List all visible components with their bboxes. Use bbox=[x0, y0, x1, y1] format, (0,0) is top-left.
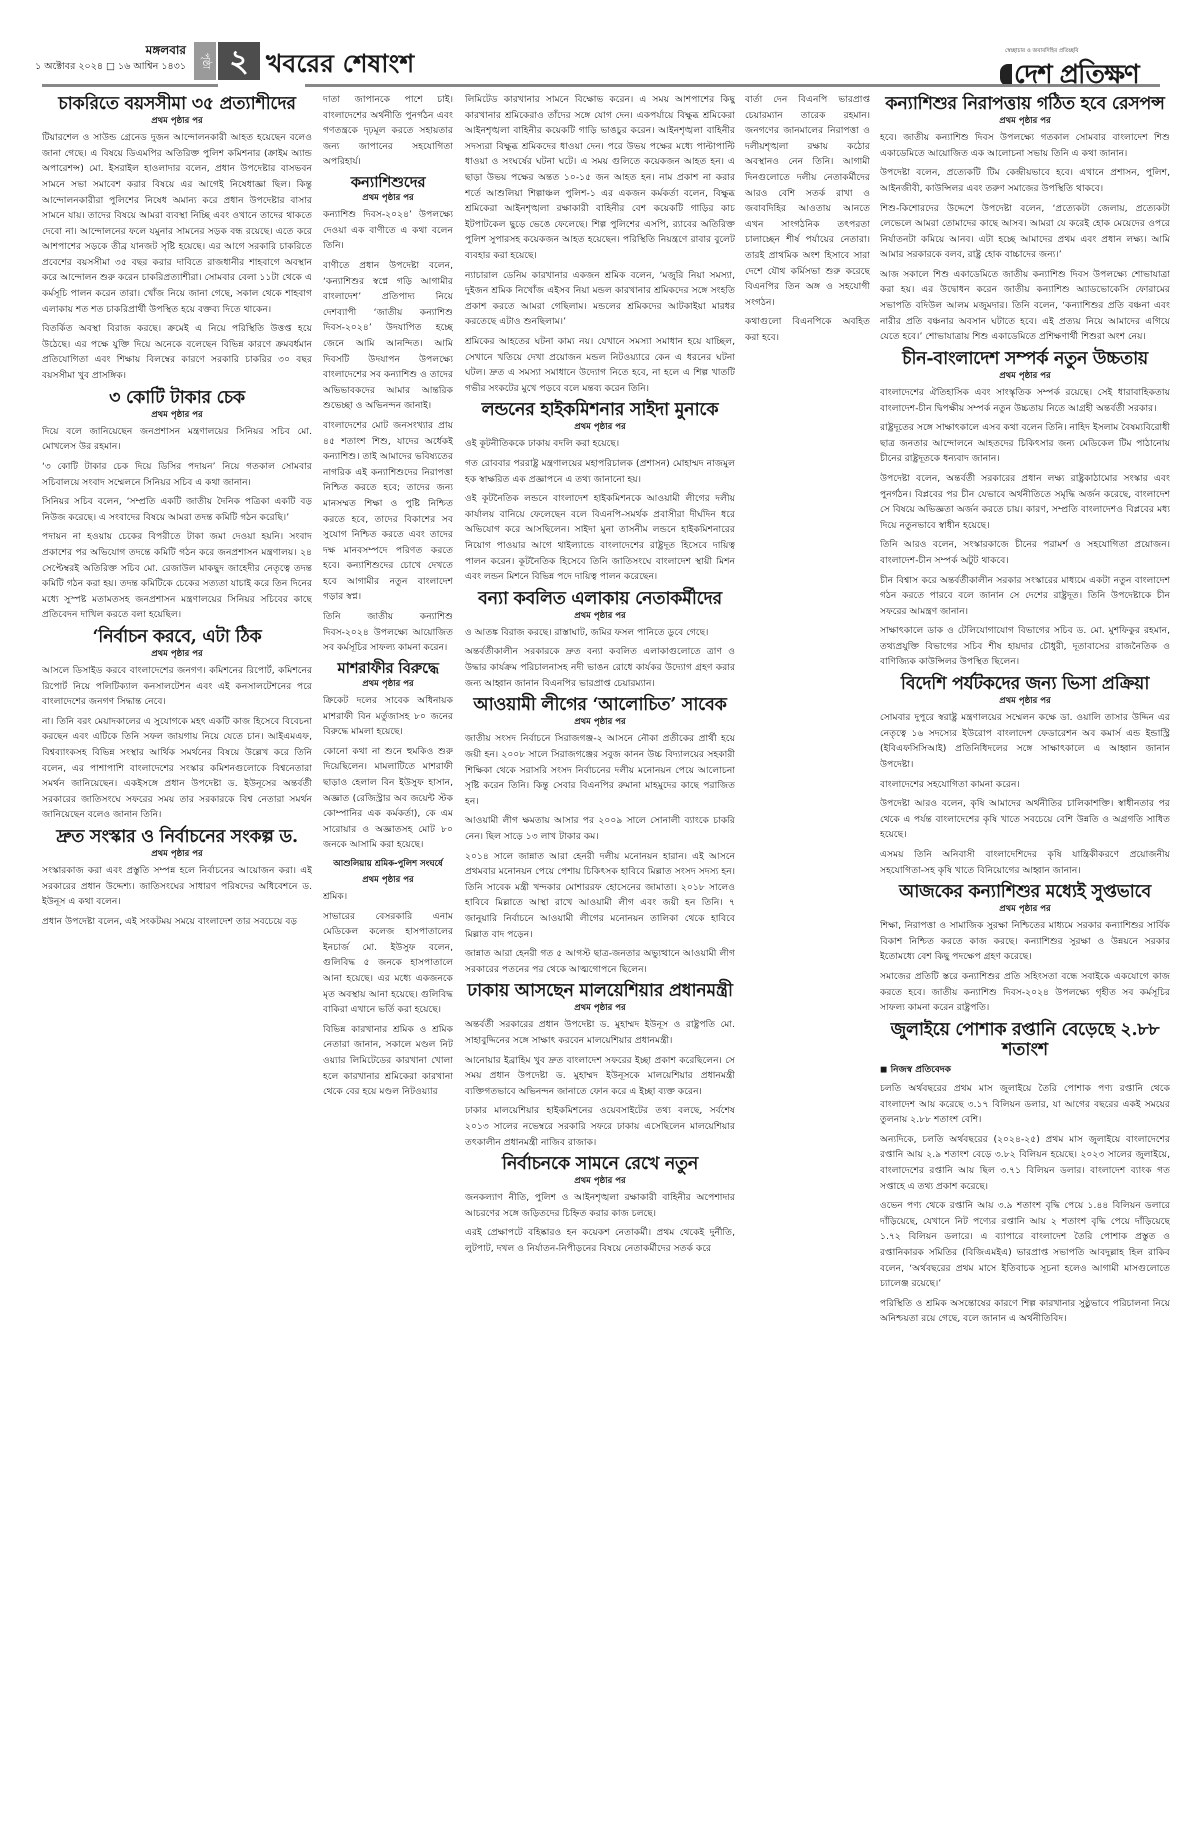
article-body: সাভারের বেসরকারি এনাম মেডিকেল কলেজ হাসপা… bbox=[323, 909, 453, 1018]
article-body: কোনো কথা না শুনে হুমকিও শুরু দিয়েছিলেন।… bbox=[323, 744, 453, 853]
article-body: বিভিন্ন কারখানার শ্রমিক ও শ্রমিক নেতারা … bbox=[323, 1022, 453, 1100]
article-body: ঢাকার মালয়েশিয়ার হাইকমিশনের ওয়েবসাইটে… bbox=[465, 1103, 735, 1150]
article-body: সংস্কারকাজ করা এবং প্রস্তুতি সম্পন্ন হলে… bbox=[42, 863, 312, 910]
continued-label: প্রথম পৃষ্ঠার পর bbox=[323, 873, 453, 887]
article-body: আজ সকালে শিশু একাডেমিতে জাতীয় কন্যাশিশু… bbox=[880, 267, 1170, 345]
article-body: উপদেষ্টা আরও বলেন, কৃষি আমাদের অর্থনীতির… bbox=[880, 796, 1170, 843]
continued-label: প্রথম পৃষ্ঠার পর bbox=[465, 609, 735, 623]
article-body: সিনিয়র সচিব বলেন, ‘সম্প্রতি একটি জাতীয়… bbox=[42, 494, 312, 525]
header-rule-right bbox=[305, 84, 1160, 87]
article-ashulia-clash: আশুলিয়ায় শ্রমিক-পুলিশ সংঘর্ষে প্রথম পৃ… bbox=[323, 857, 453, 1100]
headline: কন্যাশিশুদের bbox=[323, 174, 453, 191]
article-body: বাংলাদেশের ঐতিহাসিক এবং সাংস্কৃতিক সম্পর… bbox=[880, 385, 1170, 416]
article-garments: জুলাইয়ে পোশাক রপ্তানি বেড়েছে ২.৮৮ শতাং… bbox=[880, 1020, 1170, 1327]
column-5: কন্যাশিশুর নিরাপত্তায় গঠিত হবে রেসপন্স … bbox=[880, 92, 1170, 1792]
headline: ঢাকায় আসছেন মালয়েশিয়ার প্রধানমন্ত্রী bbox=[465, 981, 735, 1001]
article-body: পরিস্থিতি ও শ্রমিক অসন্তোষের কারণে শিল্প… bbox=[880, 1296, 1170, 1327]
masthead: মঙ্গলবার ১ অক্টোবর ২০২৪ □ ১৬ আশ্বিন ১৪৩১… bbox=[0, 0, 1200, 80]
article-body: জাতীয় সংসদ নির্বাচনে সিরাজগঞ্জ-২ আসনে ন… bbox=[465, 731, 735, 809]
continued-label: প্রথম পৃষ্ঠার পর bbox=[880, 694, 1170, 708]
article-body: চীন বিশ্বাস করে অন্তর্বর্তীকালীন সরকার স… bbox=[880, 573, 1170, 620]
headline: চাকরিতে বয়সসীমা ৩৫ প্রত্যাশীদের bbox=[42, 94, 312, 114]
article-body: আনোয়ার ইব্রাহিম খুব দ্রুত বাংলাদেশ সফরে… bbox=[465, 1053, 735, 1100]
article-awami: আওয়ামী লীগের ‘আলোচিত’ সাবেক প্রথম পৃষ্ঠ… bbox=[465, 695, 735, 977]
article-body: দিয়ে বলে জানিয়েছেন জনপ্রশাসন মন্ত্রণাল… bbox=[42, 424, 312, 455]
article-body: শ্রমিক। bbox=[323, 889, 453, 905]
continued-label: প্রথম পৃষ্ঠার পর bbox=[42, 408, 312, 422]
article-body: টিয়ারশেল ও সাউন্ড গ্রেনেড দুজন আন্দোলনক… bbox=[42, 130, 312, 317]
article-body: কন্যাশিশু দিবস-২০২৪’ উপলক্ষ্যে দেওয়া এক… bbox=[323, 207, 453, 254]
continued-label: প্রথম পৃষ্ঠার পর bbox=[465, 715, 735, 729]
article-body: জান্নাত আরা হেনরী গত ৫ আগস্ট ছাত্র-জনতার… bbox=[465, 946, 735, 977]
article-body: পদায়ন না হওয়ায় চেকের বিপরীতে টাকা জমা… bbox=[42, 529, 312, 623]
article-body: তিনি জাতীয় কন্যাশিশু দিবস-২০২৪ উপলক্ষ্য… bbox=[323, 609, 453, 656]
headline: বন্যা কবলিত এলাকায় নেতাকর্মীদের bbox=[465, 589, 735, 609]
continued-label: প্রথম পৃষ্ঠার পর bbox=[880, 369, 1170, 383]
article-body: রাষ্ট্রদূতের সঙ্গে সাক্ষাৎকালে এসব কথা ব… bbox=[880, 420, 1170, 467]
page-number: ২ bbox=[218, 42, 260, 80]
article-body: বাণীতে প্রধান উপদেষ্টা বলেন, ‘কন্যাশিশুর… bbox=[323, 258, 453, 414]
article-response-team: কন্যাশিশুর নিরাপত্তায় গঠিত হবে রেসপন্স … bbox=[880, 94, 1170, 345]
article-girl-child: কন্যাশিশুদের প্রথম পৃষ্ঠার পর কন্যাশিশু … bbox=[323, 174, 453, 656]
column-2: দাতা জাপানকে পাশে চাই। বাংলাদেশের অর্থনী… bbox=[323, 92, 453, 1792]
continued-label: প্রথম পৃষ্ঠার পর bbox=[465, 1001, 735, 1015]
article-body: অন্যদিকে, চলতি অর্থবছরের (২০২৪-২৫) প্রথম… bbox=[880, 1132, 1170, 1194]
article-london-hc: লন্ডনের হাইকমিশনার সাইদা মুনাকে প্রথম পৃ… bbox=[465, 400, 735, 584]
headline: চীন-বাংলাদেশ সম্পর্ক নতুন উচ্চতায় bbox=[880, 349, 1170, 369]
headline: ৩ কোটি টাকার চেক bbox=[42, 388, 312, 408]
article-body: ‘৩ কোটি টাকার চেক দিয়ে ডিসির পদায়ন’ নি… bbox=[42, 459, 312, 490]
article-body: এরই প্রেক্ষাপটে বহিষ্কারও হন কয়েকশ নেতা… bbox=[465, 1225, 735, 1256]
article-body: বিতর্কিত অবস্থা বিরাজ করছে। ক্রমেই এ নিয… bbox=[42, 321, 312, 383]
logo-mark-icon bbox=[1000, 64, 1012, 86]
article-body: শ্রমিকের আহতের ঘটনা কাম্য নয়। যেখানে সম… bbox=[465, 334, 735, 396]
article-body: ২০১৪ সালে জান্নাত আরা হেনরী দলীয় মনোনয়… bbox=[465, 849, 735, 943]
article-body: কথাগুলো বিএনপিকে অবহিত করা হবে। bbox=[745, 314, 870, 345]
article-cheque: ৩ কোটি টাকার চেক প্রথম পৃষ্ঠার পর দিয়ে … bbox=[42, 388, 312, 623]
article-body: আওয়ামী লীগ ক্ষমতায় আসার পর ২০০৯ সালে স… bbox=[465, 813, 735, 844]
article-body: সোমবার দুপুরে স্বরাষ্ট্র মন্ত্রণালয়ের স… bbox=[880, 710, 1170, 772]
headline: লন্ডনের হাইকমিশনার সাইদা মুনাকে bbox=[465, 400, 735, 420]
article-body: ওভেন পণ্য থেকে রপ্তানি আয় ৩.৯ শতাংশ বৃদ… bbox=[880, 1198, 1170, 1292]
article-body: ও আতঙ্ক বিরাজ করছে। রাস্তাঘাট, জমির ফসল … bbox=[465, 625, 735, 641]
article-body: বাংলাদেশের সহযোগিতা কামনা করেন। bbox=[880, 777, 1170, 793]
headline: আওয়ামী লীগের ‘আলোচিত’ সাবেক bbox=[465, 695, 735, 715]
article-body: শিক্ষা, নিরাপত্তা ও সামাজিক সুরক্ষা নিশ্… bbox=[880, 918, 1170, 965]
headline: কন্যাশিশুর নিরাপত্তায় গঠিত হবে রেসপন্স bbox=[880, 94, 1170, 114]
article-body: ওই কূটনীতিককে ঢাকায় বদলি করা হয়েছে। bbox=[465, 436, 735, 452]
article-body: শিশু-কিশোরদের উদ্দেশে উপদেষ্টা বলেন, ‘প্… bbox=[880, 201, 1170, 263]
header-rule-left bbox=[42, 84, 218, 87]
issue-date: ১ অক্টোবর ২০২৪ □ ১৬ আশ্বিন ১৪৩১ bbox=[20, 60, 186, 75]
article-body: এসময় তিনি অনিবাসী বাংলাদেশিদের কৃষি যান… bbox=[880, 847, 1170, 878]
article-flood: বন্যা কবলিত এলাকায় নেতাকর্মীদের প্রথম প… bbox=[465, 589, 735, 692]
article-body: সাক্ষাৎকালে ডাক ও টেলিযোগাযোগ বিভাগের সচ… bbox=[880, 623, 1170, 670]
headline: জুলাইয়ে পোশাক রপ্তানি বেড়েছে ২.৮৮ শতাং… bbox=[880, 1020, 1170, 1060]
article-body: না। তিনি বরং মেয়াদকালের এ সুযোগকে মহৎ এ… bbox=[42, 714, 312, 823]
headline: বিদেশি পর্যটকদের জন্য ভিসা প্রক্রিয়া bbox=[880, 674, 1170, 694]
article-body: ক্রিকেট দলের সাবেক অধিনায়ক মাশরাফী বিন … bbox=[323, 693, 453, 740]
article-body: বাংলাদেশের মোট জনসংখ্যার প্রায় ৪৫ শতাংশ… bbox=[323, 418, 453, 605]
article-body: উপদেষ্টা বলেন, অন্তর্বর্তী সরকারের প্রধা… bbox=[880, 471, 1170, 533]
article-new-election: নির্বাচনকে সামনে রেখে নতুন প্রথম পৃষ্ঠার… bbox=[465, 1154, 735, 1257]
article-body: অন্তর্বর্তী সরকারের প্রধান উপদেষ্টা ড. ম… bbox=[465, 1017, 735, 1048]
headline: নির্বাচনকে সামনে রেখে নতুন bbox=[465, 1154, 735, 1174]
page-label: পৃষ্ঠা bbox=[194, 42, 216, 80]
article-malaysia: ঢাকায় আসছেন মালয়েশিয়ার প্রধানমন্ত্রী … bbox=[465, 981, 735, 1150]
headline: ‘নির্বাচন করবে, এটা ঠিক bbox=[42, 627, 312, 647]
article-body: বার্তা দেন বিএনপি ভারপ্রাপ্ত চেয়ারম্যান… bbox=[745, 92, 870, 310]
article-body: ওই কূটনৈতিক লন্ডনে বাংলাদেশ হাইকমিশনকে আ… bbox=[465, 491, 735, 585]
column-1: চাকরিতে বয়সসীমা ৩৫ প্রত্যাশীদের প্রথম প… bbox=[42, 92, 312, 1792]
article-body: উপদেষ্টা বলেন, প্রত্যেকটি টিম কেন্দ্রীয়… bbox=[880, 165, 1170, 196]
article-age-limit: চাকরিতে বয়সসীমা ৩৫ প্রত্যাশীদের প্রথম প… bbox=[42, 94, 312, 384]
article-body: জনকল্যাণ নীতি, পুলিশ ও আইনশৃঙ্খলা রক্ষাক… bbox=[465, 1190, 735, 1221]
article-body: আসলে ডিসাইড করবে বাংলাদেশের জনগণ। কমিশনে… bbox=[42, 663, 312, 710]
article-kanyashishu-today: আজকের কন্যাশিশুর মধ্যেই সুপ্তভাবে প্রথম … bbox=[880, 882, 1170, 1016]
article-body: ন্যাচারাল ডেনিম কারখানার একজন শ্রমিক বলে… bbox=[465, 268, 735, 330]
headline: মাশরাফীর বিরুদ্ধে bbox=[323, 660, 453, 677]
article-body: দাতা জাপানকে পাশে চাই। বাংলাদেশের অর্থনী… bbox=[323, 92, 453, 170]
article-mashrafe: মাশরাফীর বিরুদ্ধে প্রথম পৃষ্ঠার পর ক্রিক… bbox=[323, 660, 453, 853]
continued-label: প্রথম পৃষ্ঠার পর bbox=[42, 114, 312, 128]
article-election: ‘নির্বাচন করবে, এটা ঠিক প্রথম পৃষ্ঠার পর… bbox=[42, 627, 312, 823]
byline: ◼ নিজস্ব প্রতিবেদক bbox=[880, 1062, 1170, 1077]
article-visa: বিদেশি পর্যটকদের জন্য ভিসা প্রক্রিয়া প্… bbox=[880, 674, 1170, 878]
continued-label: প্রথম পৃষ্ঠার পর bbox=[323, 191, 453, 205]
issue-day: মঙ্গলবার bbox=[80, 42, 186, 62]
article-body: প্রধান উপদেষ্টা বলেন, এই সংকটময় সময়ে ব… bbox=[42, 914, 312, 930]
article-china: চীন-বাংলাদেশ সম্পর্ক নতুন উচ্চতায় প্রথম… bbox=[880, 349, 1170, 670]
article-body: লিমিটেড কারখানার সামনে বিক্ষোভ করেন। এ স… bbox=[465, 92, 735, 264]
section-title: খবরের শেষাংশ bbox=[266, 44, 414, 87]
continued-label: প্রথম পৃষ্ঠার পর bbox=[880, 902, 1170, 916]
continued-label: প্রথম পৃষ্ঠার পর bbox=[465, 420, 735, 434]
article-body: গত রোববার পররাষ্ট্র মন্ত্রণালয়ের মহাপরি… bbox=[465, 456, 735, 487]
column-4: বার্তা দেন বিএনপি ভারপ্রাপ্ত চেয়ারম্যান… bbox=[745, 92, 870, 1792]
article-body: হবে। জাতীয় কন্যাশিশু দিবস উপলক্ষ্যে গতক… bbox=[880, 130, 1170, 161]
article-reform: দ্রুত সংস্কার ও নির্বাচনের সংকল্প ড. প্র… bbox=[42, 827, 312, 930]
column-3: লিমিটেড কারখানার সামনে বিক্ষোভ করেন। এ স… bbox=[465, 92, 735, 1792]
continued-label: প্রথম পৃষ্ঠার পর bbox=[42, 847, 312, 861]
article-body: অন্তর্বর্তীকালীন সরকারকে দ্রুত বন্যা কবল… bbox=[465, 644, 735, 691]
sub-headline: আশুলিয়ায় শ্রমিক-পুলিশ সংঘর্ষে bbox=[323, 857, 453, 871]
continued-label: প্রথম পৃষ্ঠার পর bbox=[323, 677, 453, 691]
headline: দ্রুত সংস্কার ও নির্বাচনের সংকল্প ড. bbox=[42, 827, 312, 847]
continued-label: প্রথম পৃষ্ঠার পর bbox=[465, 1174, 735, 1188]
continued-label: প্রথম পৃষ্ঠার পর bbox=[880, 114, 1170, 128]
article-body: সমাজের প্রতিটি স্তরে কন্যাশিশুর প্রতি সহ… bbox=[880, 969, 1170, 1016]
article-body: চলতি অর্থবছরের প্রথম মাস জুলাইয়ে তৈরি প… bbox=[880, 1081, 1170, 1128]
headline: আজকের কন্যাশিশুর মধ্যেই সুপ্তভাবে bbox=[880, 882, 1170, 902]
article-body: তিনি আরও বলেন, সংস্কারকাজে চীনের পরামর্শ… bbox=[880, 537, 1170, 568]
continued-label: প্রথম পৃষ্ঠার পর bbox=[42, 647, 312, 661]
